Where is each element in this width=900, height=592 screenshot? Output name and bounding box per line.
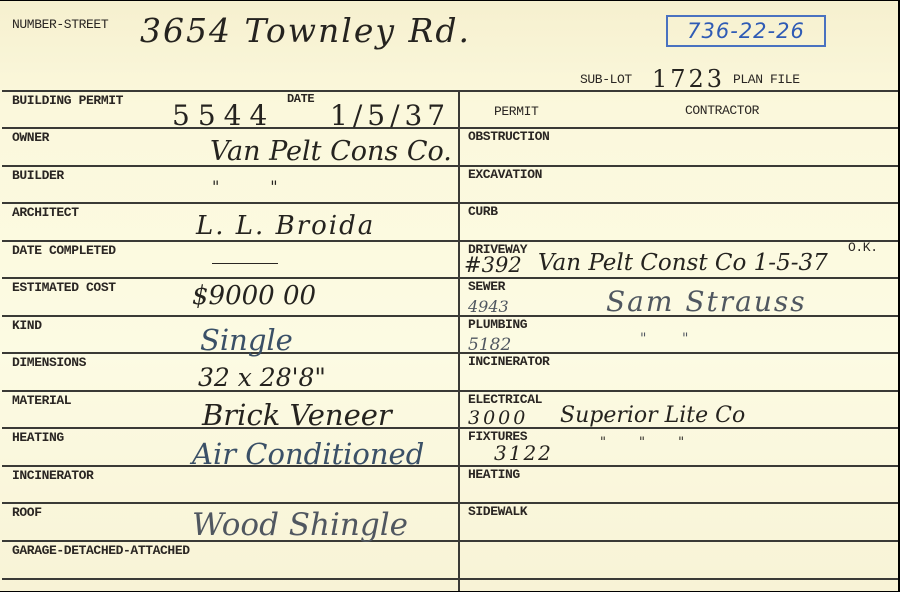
contractor-column-header: CONTRACTOR: [685, 104, 759, 118]
driveway-status: O.K.: [848, 241, 878, 255]
builder-value: " ": [212, 177, 278, 196]
rule-line: [458, 202, 898, 204]
driveway-permit-number: #392: [464, 253, 522, 277]
field-label-incinerator: INCINERATOR: [12, 469, 93, 483]
permit-label-sidewalk: SIDEWALK: [468, 505, 527, 519]
plan-file-label: PLAN FILE: [733, 73, 800, 87]
plumbing-contractor: " ": [640, 331, 688, 347]
permit-label-electrical: ELECTRICAL: [468, 393, 542, 407]
driveway-contractor: Van Pelt Const Co 1-5-37: [538, 250, 828, 276]
rule-line: [2, 202, 458, 204]
field-label-architect: ARCHITECT: [12, 206, 79, 220]
permit-label-excavation: EXCAVATION: [468, 168, 542, 182]
permit-column-header: PERMIT: [494, 105, 538, 119]
estimated-cost-value: $9000 00: [192, 281, 316, 311]
field-label-roof: ROOF: [12, 506, 42, 520]
permit-label-sewer: SEWER: [468, 280, 505, 294]
rule-line: [2, 90, 458, 92]
field-label-estimated-cost: ESTIMATED COST: [12, 281, 116, 295]
file-number-stamp: 736-22-26: [666, 15, 826, 47]
kind-value: Single: [200, 323, 293, 357]
heating-value: Air Conditioned: [192, 437, 424, 471]
permit-label-plumbing: PLUMBING: [468, 318, 527, 332]
permit-label-curb: CURB: [468, 205, 498, 219]
field-label-garage: GARAGE-DETACHED-ATTACHED: [12, 544, 190, 558]
rule-line: [2, 502, 458, 504]
permit-label-incinerator: INCINERATOR: [468, 355, 549, 369]
building-permit-card: NUMBER-STREET 3654 Townley Rd. 736-22-26…: [0, 1, 898, 591]
field-label-building-permit: BUILDING PERMIT: [12, 94, 123, 108]
field-label-date-completed: DATE COMPLETED: [12, 244, 116, 258]
fixtures-contractor: " " ": [600, 435, 684, 450]
fixtures-permit-number: 3122: [494, 441, 553, 465]
number-street-value: 3654 Townley Rd.: [140, 11, 471, 50]
roof-value: Wood Shingle: [192, 507, 408, 543]
rule-line: [458, 277, 898, 279]
sewer-contractor: Sam Strauss: [606, 285, 807, 318]
sub-lot-label: SUB-LOT: [580, 73, 632, 87]
date-completed-dash: [212, 263, 278, 264]
permit-date-label: DATE: [287, 92, 314, 106]
rule-line: [458, 540, 898, 542]
material-value: Brick Veneer: [202, 398, 392, 432]
rule-line: [2, 315, 458, 317]
number-street-label: NUMBER-STREET: [12, 18, 108, 32]
field-label-kind: KIND: [12, 319, 42, 333]
rule-line: [2, 277, 458, 279]
field-label-heating: HEATING: [12, 431, 64, 445]
field-label-dimensions: DIMENSIONS: [12, 356, 86, 370]
sub-lot-value: 1723: [652, 65, 725, 93]
permit-label-obstruction: OBSTRUCTION: [468, 130, 549, 144]
permit-label-heating: HEATING: [468, 468, 520, 482]
electrical-contractor: Superior Lite Co: [560, 403, 745, 428]
dimensions-value: 32 x 28'8": [198, 363, 326, 392]
permit-date-value: 1/5/37: [330, 99, 450, 132]
field-label-builder: BUILDER: [12, 169, 64, 183]
field-label-material: MATERIAL: [12, 394, 71, 408]
plumbing-permit-number: 5182: [468, 335, 511, 355]
electrical-permit-number: 3000: [468, 407, 528, 429]
architect-value: L. L. Broida: [196, 211, 375, 241]
rule-line: [458, 90, 898, 92]
rule-line: [458, 465, 898, 467]
owner-value: Van Pelt Cons Co.: [210, 136, 452, 167]
rule-line: [458, 578, 898, 580]
field-label-owner: OWNER: [12, 131, 49, 145]
building-permit-value: 5544: [172, 99, 275, 132]
rule-line: [2, 578, 458, 580]
sewer-permit-number: 4943: [468, 297, 509, 316]
